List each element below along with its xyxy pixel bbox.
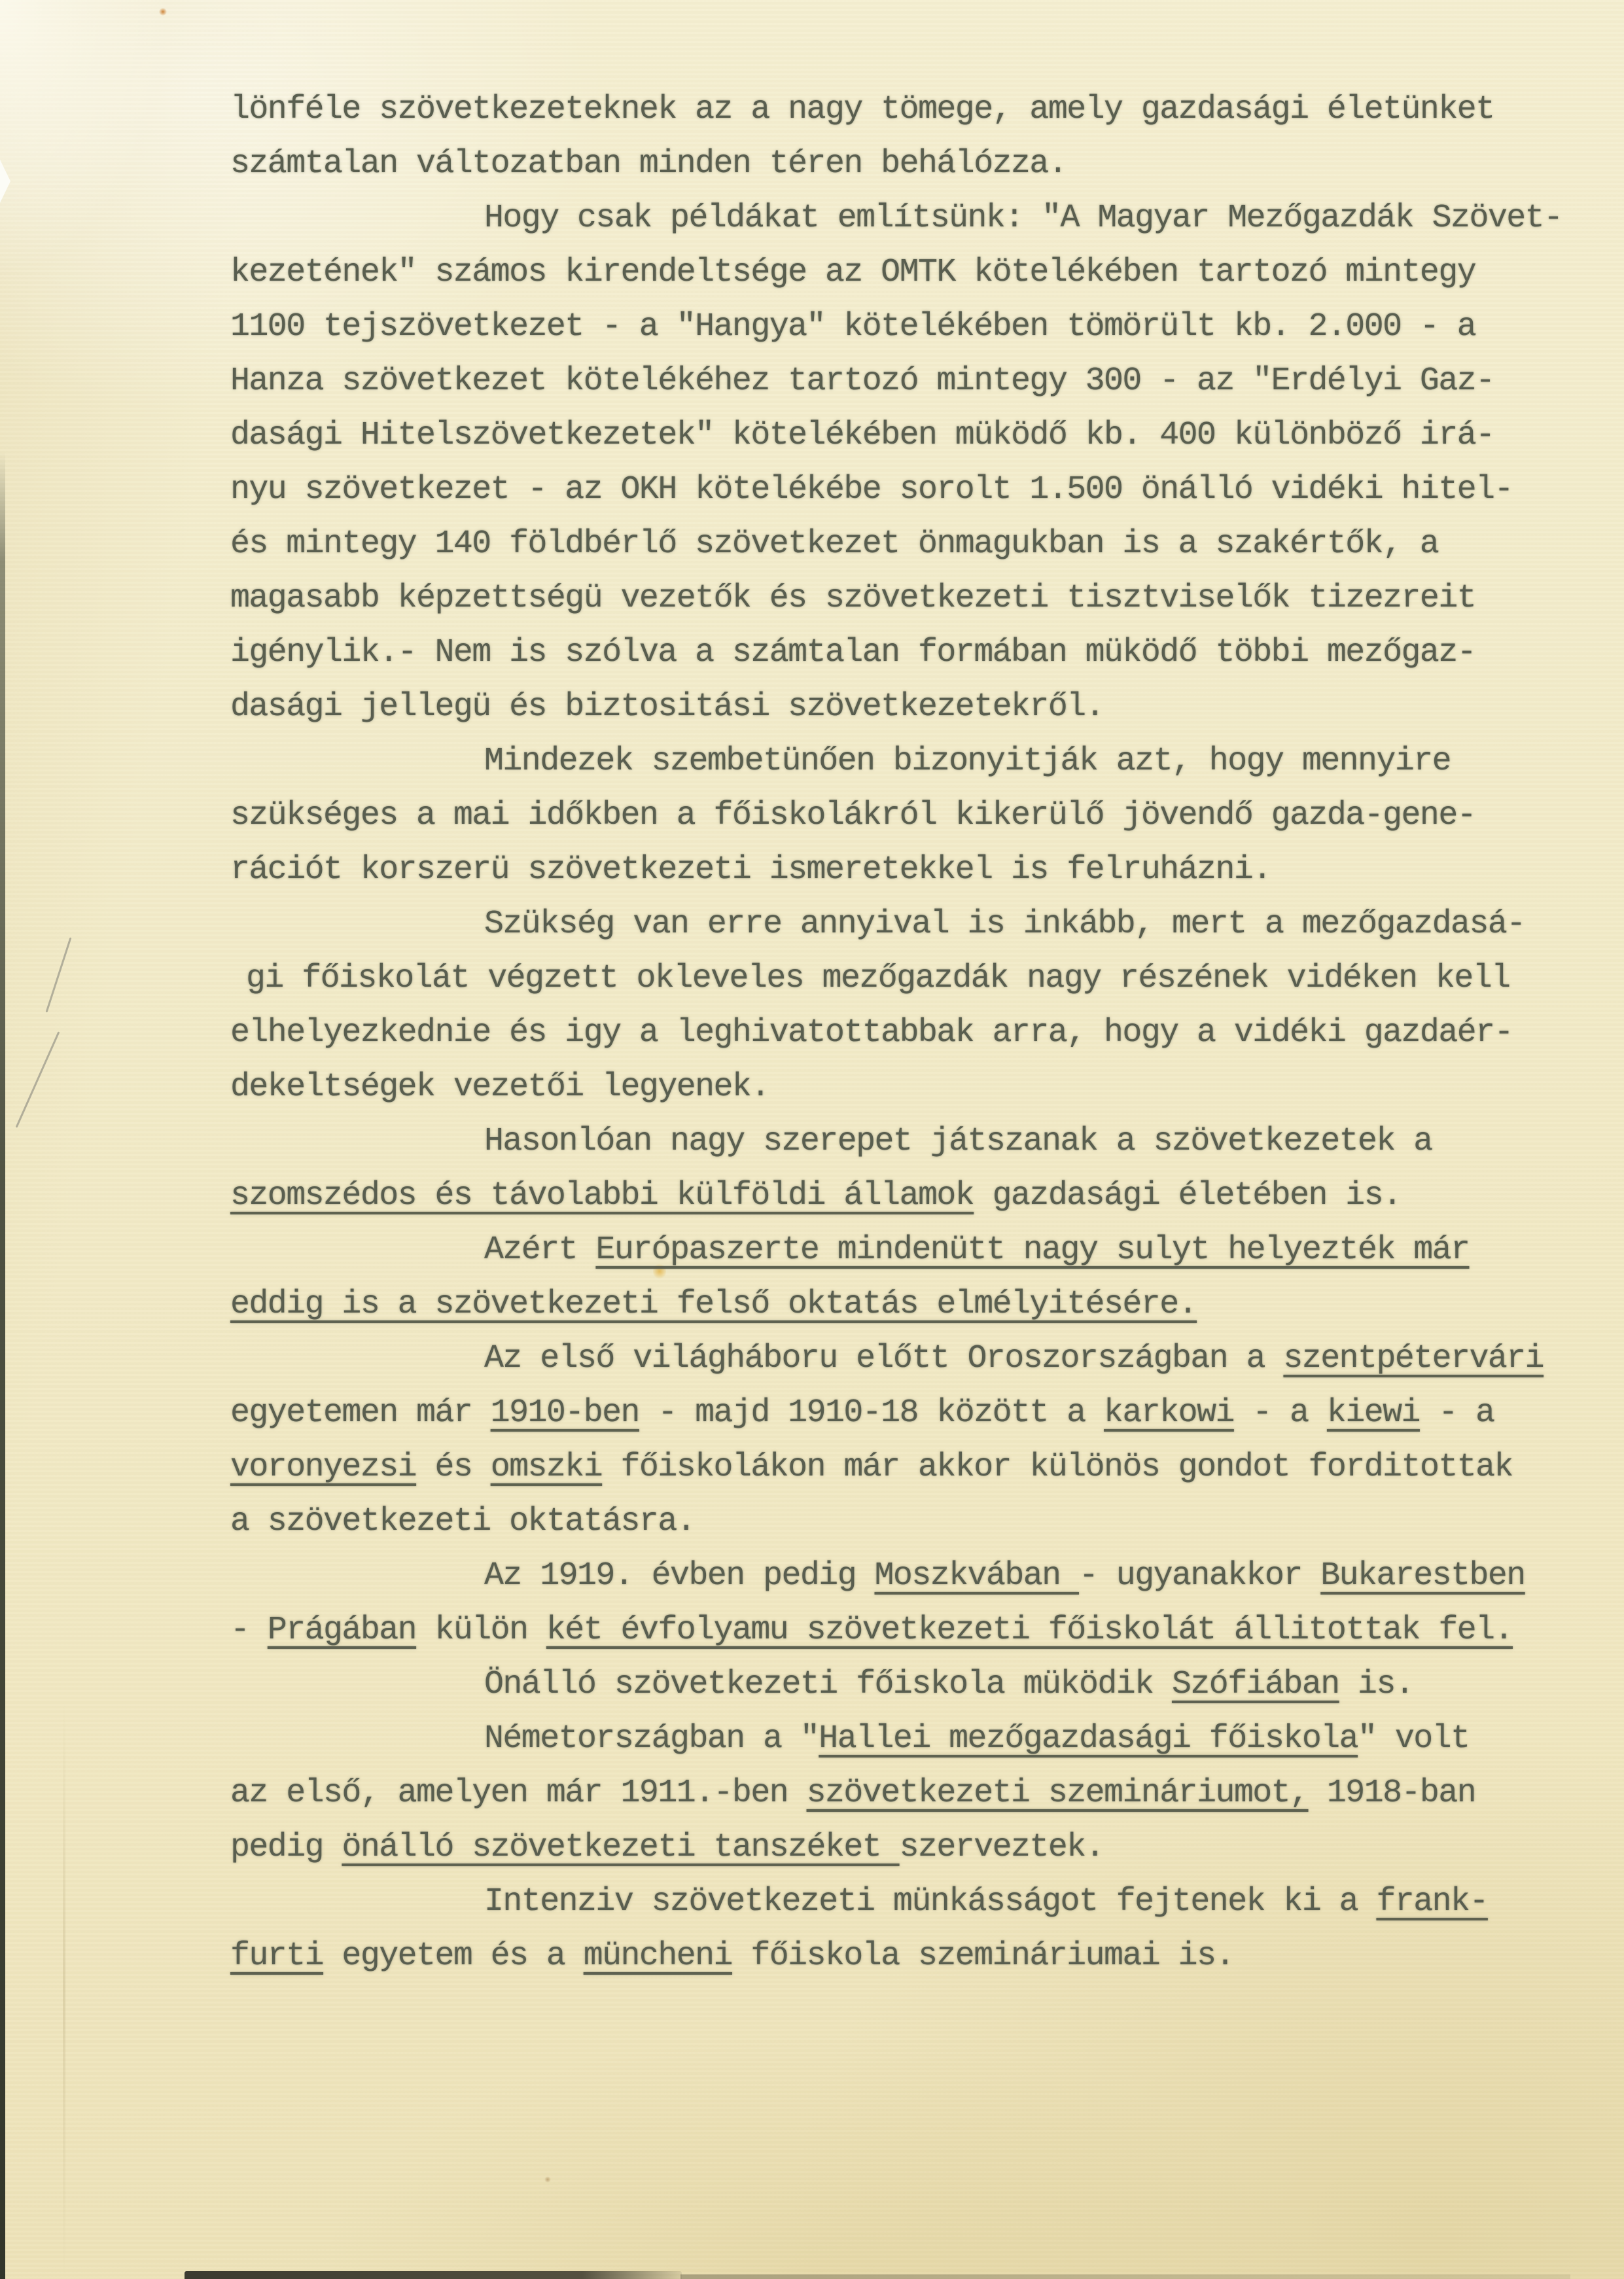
text-segment: is. bbox=[1339, 1666, 1414, 1703]
scan-edge-left bbox=[0, 451, 5, 2279]
text-segment: lönféle szövetkezeteknek az a nagy tömeg… bbox=[230, 91, 1494, 128]
text-segment: kezetének" számos kirendeltsége az OMTK … bbox=[230, 254, 1475, 291]
text-segment: egyetemen már bbox=[230, 1394, 491, 1432]
text-line: voronyezsi és omszki főiskolákon már akk… bbox=[230, 1440, 1565, 1494]
text-line: lönféle szövetkezeteknek az a nagy tömeg… bbox=[230, 82, 1565, 137]
text-segment: 1918-ban bbox=[1309, 1775, 1476, 1812]
text-line: Hanza szövetkezet kötelékéhez tartozó mi… bbox=[230, 354, 1565, 408]
text-line: számtalan változatban minden téren behál… bbox=[230, 137, 1565, 191]
text-line: Önálló szövetkezeti főiskola müködik Szó… bbox=[230, 1657, 1565, 1712]
underlined-text: Bukarestben bbox=[1320, 1557, 1525, 1595]
text-line: gi főiskolát végzett okleveles mezőgazdá… bbox=[230, 951, 1565, 1006]
text-line: rációt korszerü szövetkezeti ismeretekke… bbox=[230, 843, 1565, 897]
text-segment: igénylik.- Nem is szólva a számtalan for… bbox=[230, 634, 1475, 671]
underlined-text: Európaszerte mindenütt nagy sulyt helyez… bbox=[595, 1231, 1469, 1269]
text-segment: - ugyanakkor bbox=[1079, 1557, 1320, 1595]
text-segment: - a bbox=[1234, 1394, 1327, 1432]
text-line: magasabb képzettségü vezetők és szövetke… bbox=[230, 571, 1565, 626]
text-segment: rációt korszerü szövetkezeti ismeretekke… bbox=[230, 851, 1271, 889]
text-segment: - a bbox=[1420, 1394, 1494, 1432]
text-line: szomszédos és távolabbi külföldi államok… bbox=[230, 1169, 1565, 1223]
text-segment: külön bbox=[416, 1612, 546, 1649]
text-segment: szerveztek. bbox=[900, 1829, 1104, 1866]
underlined-text: müncheni bbox=[584, 1937, 732, 1975]
text-segment: " volt bbox=[1358, 1720, 1469, 1758]
underlined-text: Hallei mezőgazdasági főiskola bbox=[819, 1720, 1358, 1758]
underlined-text: frank- bbox=[1376, 1883, 1487, 1920]
text-line: elhelyezkednie és igy a leghivatottabbak… bbox=[230, 1006, 1565, 1060]
text-line: az első, amelyen már 1911.-ben szövetkez… bbox=[230, 1766, 1565, 1820]
text-line: Azért Európaszerte mindenütt nagy sulyt … bbox=[230, 1223, 1565, 1277]
text-line: eddig is a szövetkezeti felső oktatás el… bbox=[230, 1277, 1565, 1332]
text-segment: Hanza szövetkezet kötelékéhez tartozó mi… bbox=[230, 362, 1494, 400]
text-segment: az első, amelyen már 1911.-ben bbox=[230, 1775, 807, 1812]
underlined-text: Szófiában bbox=[1172, 1666, 1339, 1703]
text-line: és mintegy 140 földbérlő szövetkezet önm… bbox=[230, 517, 1565, 571]
underlined-text: szövetkezeti szemináriumot, bbox=[807, 1775, 1309, 1812]
text-segment: egyetem és a bbox=[323, 1937, 584, 1975]
underlined-text: szentpétervári bbox=[1283, 1340, 1544, 1377]
text-segment: a szövetkezeti oktatásra. bbox=[230, 1503, 695, 1540]
text-segment: magasabb képzettségü vezetők és szövetke… bbox=[230, 580, 1475, 617]
text-segment: 1100 tejszövetkezet - a "Hangya" kötelék… bbox=[230, 308, 1475, 345]
text-segment: dekeltségek vezetői legyenek. bbox=[230, 1069, 769, 1106]
text-line: 1100 tejszövetkezet - a "Hangya" kötelék… bbox=[230, 300, 1565, 354]
text-line: egyetemen már 1910-ben - majd 1910-18 kö… bbox=[230, 1386, 1565, 1440]
pencil-mark bbox=[46, 937, 72, 1012]
paper-crease bbox=[63, 1701, 65, 2277]
underlined-text: Prágában bbox=[268, 1612, 416, 1649]
text-line: szükséges a mai időkben a főiskolákról k… bbox=[230, 788, 1565, 843]
text-segment: Szükség van erre annyival is inkább, mer… bbox=[484, 906, 1525, 943]
text-segment: és bbox=[416, 1449, 491, 1486]
text-line: nyu szövetkezet - az OKH kötelékébe soro… bbox=[230, 463, 1565, 517]
text-segment: pedig bbox=[230, 1829, 342, 1866]
underlined-text: karkowi bbox=[1104, 1394, 1234, 1432]
underlined-text: önálló szövetkezeti tanszéket bbox=[342, 1829, 899, 1866]
text-segment: gi főiskolát végzett okleveles mezőgazdá… bbox=[246, 960, 1510, 997]
text-segment: főiskola szemináriumai is. bbox=[732, 1937, 1234, 1975]
text-line: Az 1919. évben pedig Moszkvában - ugyana… bbox=[230, 1549, 1565, 1603]
text-segment: Mindezek szembetünően bizonyitják azt, h… bbox=[484, 743, 1451, 780]
underlined-text: két évfolyamu szövetkezeti főiskolát áll… bbox=[546, 1612, 1513, 1649]
text-line: Hasonlóan nagy szerepet játszanak a szöv… bbox=[230, 1114, 1565, 1169]
text-segment: Hasonlóan nagy szerepet játszanak a szöv… bbox=[484, 1123, 1432, 1160]
text-segment: Azért bbox=[484, 1231, 595, 1269]
underlined-text: omszki bbox=[491, 1449, 602, 1486]
text-line: dasági Hitelszövetkezetek" kötelékében m… bbox=[230, 408, 1565, 463]
text-segment: - bbox=[230, 1612, 268, 1649]
underlined-text: furti bbox=[230, 1937, 323, 1975]
typewritten-text-block: lönféle szövetkezeteknek az a nagy tömeg… bbox=[230, 82, 1565, 1983]
small-stain bbox=[544, 2176, 551, 2183]
text-segment: dasági Hitelszövetkezetek" kötelékében m… bbox=[230, 417, 1494, 454]
text-segment: szükséges a mai időkben a főiskolákról k… bbox=[230, 797, 1475, 834]
paper-corner-highlight bbox=[0, 0, 170, 275]
text-line: igénylik.- Nem is szólva a számtalan for… bbox=[230, 626, 1565, 680]
text-segment: és mintegy 140 földbérlő szövetkezet önm… bbox=[230, 525, 1438, 563]
text-line: Szükség van erre annyival is inkább, mer… bbox=[230, 897, 1565, 951]
text-segment: nyu szövetkezet - az OKH kötelékébe soro… bbox=[230, 471, 1513, 508]
text-line: - Prágában külön két évfolyamu szövetkez… bbox=[230, 1603, 1565, 1657]
text-line: Mindezek szembetünően bizonyitják azt, h… bbox=[230, 734, 1565, 788]
text-segment: Az első világháboru előtt Oroszországban… bbox=[484, 1340, 1283, 1377]
text-segment: Az 1919. évben pedig bbox=[484, 1557, 875, 1595]
scan-edge-bottom-shadow bbox=[680, 2274, 1570, 2279]
text-segment: főiskolákon már akkor különös gondot for… bbox=[602, 1449, 1513, 1486]
text-segment: Intenziv szövetkezeti münkásságot fejten… bbox=[484, 1883, 1376, 1920]
text-segment: Németországban a " bbox=[484, 1720, 819, 1758]
text-line: Intenziv szövetkezeti münkásságot fejten… bbox=[230, 1875, 1565, 1929]
underlined-text: eddig is a szövetkezeti felső oktatás el… bbox=[230, 1286, 1197, 1323]
text-line: furti egyetem és a müncheni főiskola sze… bbox=[230, 1929, 1565, 1983]
text-segment: - majd 1910-18 között a bbox=[639, 1394, 1104, 1432]
text-segment: elhelyezkednie és igy a leghivatottabbak… bbox=[230, 1014, 1513, 1051]
text-line: pedig önálló szövetkezeti tanszéket szer… bbox=[230, 1820, 1565, 1875]
underlined-text: 1910-ben bbox=[491, 1394, 639, 1432]
text-line: kezetének" számos kirendeltsége az OMTK … bbox=[230, 245, 1565, 300]
text-segment: dasági jellegü és biztositási szövetkeze… bbox=[230, 688, 1104, 726]
text-segment: gazdasági életében is. bbox=[974, 1177, 1401, 1214]
scan-edge-bottom bbox=[185, 2271, 682, 2279]
underlined-text: kiewi bbox=[1327, 1394, 1420, 1432]
text-line: dekeltségek vezetői legyenek. bbox=[230, 1060, 1565, 1114]
text-line: Az első világháboru előtt Oroszországban… bbox=[230, 1332, 1565, 1386]
text-segment: Hogy csak példákat említsünk: "A Magyar … bbox=[484, 200, 1562, 237]
underlined-text: voronyezsi bbox=[230, 1449, 416, 1486]
text-line: Hogy csak példákat említsünk: "A Magyar … bbox=[230, 191, 1565, 245]
text-segment: számtalan változatban minden téren behál… bbox=[230, 145, 1067, 183]
pencil-mark bbox=[16, 1031, 60, 1127]
scanned-document-page: lönféle szövetkezeteknek az a nagy tömeg… bbox=[0, 0, 1624, 2279]
underlined-text: Moszkvában bbox=[875, 1557, 1079, 1595]
text-line: Németországban a "Hallei mezőgazdasági f… bbox=[230, 1712, 1565, 1766]
text-line: a szövetkezeti oktatásra. bbox=[230, 1494, 1565, 1549]
text-line: dasági jellegü és biztositási szövetkeze… bbox=[230, 680, 1565, 734]
underlined-text: szomszédos és távolabbi külföldi államok bbox=[230, 1177, 974, 1214]
text-segment: Önálló szövetkezeti főiskola müködik bbox=[484, 1666, 1172, 1703]
